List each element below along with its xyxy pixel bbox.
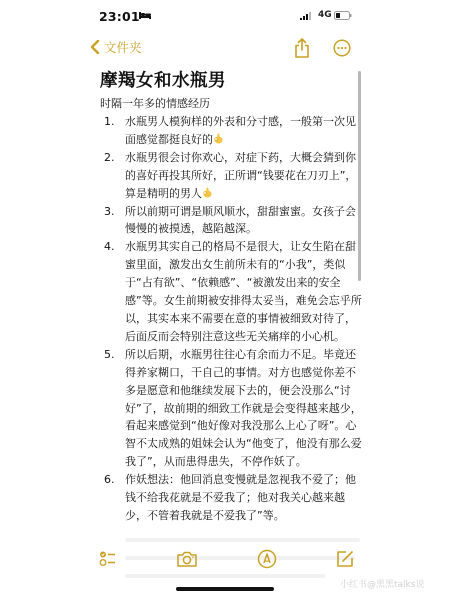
status-time: 23:01	[99, 9, 140, 24]
ok-hand-emoji-icon	[202, 187, 213, 198]
network-type: 4G	[318, 10, 332, 20]
share-icon[interactable]	[293, 37, 311, 59]
sleep-focus-icon	[139, 12, 151, 19]
list-item-text: 作妖想法：他回消息变慢就是忽视我不爱了；他钱不给我花就是不爱我了；他对我关心越来…	[125, 471, 362, 525]
back-to-folders-button[interactable]: 文件夹	[90, 38, 142, 56]
list-item-number: 1.	[104, 113, 115, 131]
list-item-text: 水瓶男人模狗样的外表和分寸感，一般第一次见面感觉都挺良好的	[125, 115, 356, 146]
list-item-number: 6.	[104, 471, 115, 489]
list-item-text: 所以后期，水瓶男往往心有余而力不足。毕竟还得养家糊口，干自己的事情。对方也感觉你…	[125, 346, 362, 471]
list-item-number: 4.	[104, 238, 115, 256]
list-item-text: 所以前期可谓是顺风顺水，甜甜蜜蜜。女孩子会慢慢的被摸透，越陷越深。	[125, 203, 362, 239]
nav-bar: 文件夹	[0, 30, 449, 66]
list-item-number: 3.	[104, 203, 115, 221]
numbered-list: 1. 水瓶男人模狗样的外表和分寸感，一般第一次见面感觉都挺良好的 2. 水瓶男很…	[100, 113, 362, 525]
battery-icon	[334, 11, 352, 20]
list-item: 1. 水瓶男人模狗样的外表和分寸感，一般第一次见面感觉都挺良好的	[100, 113, 362, 149]
status-bar: 23:01 4G	[0, 0, 449, 30]
list-item-number: 2.	[104, 149, 115, 167]
list-item-text: 水瓶男其实自己的格局不是很大，让女生陷在甜蜜里面，激发出女生前所未有的“小我”，…	[125, 238, 362, 345]
home-indicator[interactable]	[176, 587, 274, 591]
checklist-icon[interactable]	[98, 548, 120, 570]
note-subtitle: 时隔一年多的情感经历	[100, 95, 210, 111]
scrollbar[interactable]	[358, 71, 361, 281]
back-label: 文件夹	[104, 38, 142, 56]
list-item: 5. 所以后期，水瓶男往往心有余而力不足。毕竟还得养家糊口，干自己的事情。对方也…	[100, 346, 362, 471]
cellular-signal-icon	[300, 12, 314, 20]
markup-pen-icon[interactable]	[256, 548, 278, 570]
more-options-icon[interactable]	[333, 39, 351, 57]
list-item: 3. 所以前期可谓是顺风顺水，甜甜蜜蜜。女孩子会慢慢的被摸透，越陷越深。	[100, 203, 362, 239]
list-item: 4. 水瓶男其实自己的格局不是很大，让女生陷在甜蜜里面，激发出女生前所未有的“小…	[100, 238, 362, 345]
note-title: 摩羯女和水瓶男	[100, 67, 226, 92]
list-item-text: 水瓶男很会讨你欢心，对症下药，大概会猜到你的喜好再投其所好，正所谓“钱要花在刀刃…	[125, 151, 356, 200]
chevron-left-icon	[90, 40, 100, 54]
list-item: 6. 作妖想法：他回消息变慢就是忽视我不爱了；他钱不给我花就是不爱我了；他对我关…	[100, 471, 362, 525]
watermark: 小红书@黑黑talks说	[340, 577, 424, 590]
bottom-toolbar	[0, 548, 449, 574]
list-item-number: 5.	[104, 346, 115, 364]
compose-icon[interactable]	[334, 548, 356, 570]
camera-icon[interactable]	[176, 548, 198, 570]
ok-hand-emoji-icon	[213, 133, 224, 144]
list-item: 2. 水瓶男很会讨你欢心，对症下药，大概会猜到你的喜好再投其所好，正所谓“钱要花…	[100, 149, 362, 203]
